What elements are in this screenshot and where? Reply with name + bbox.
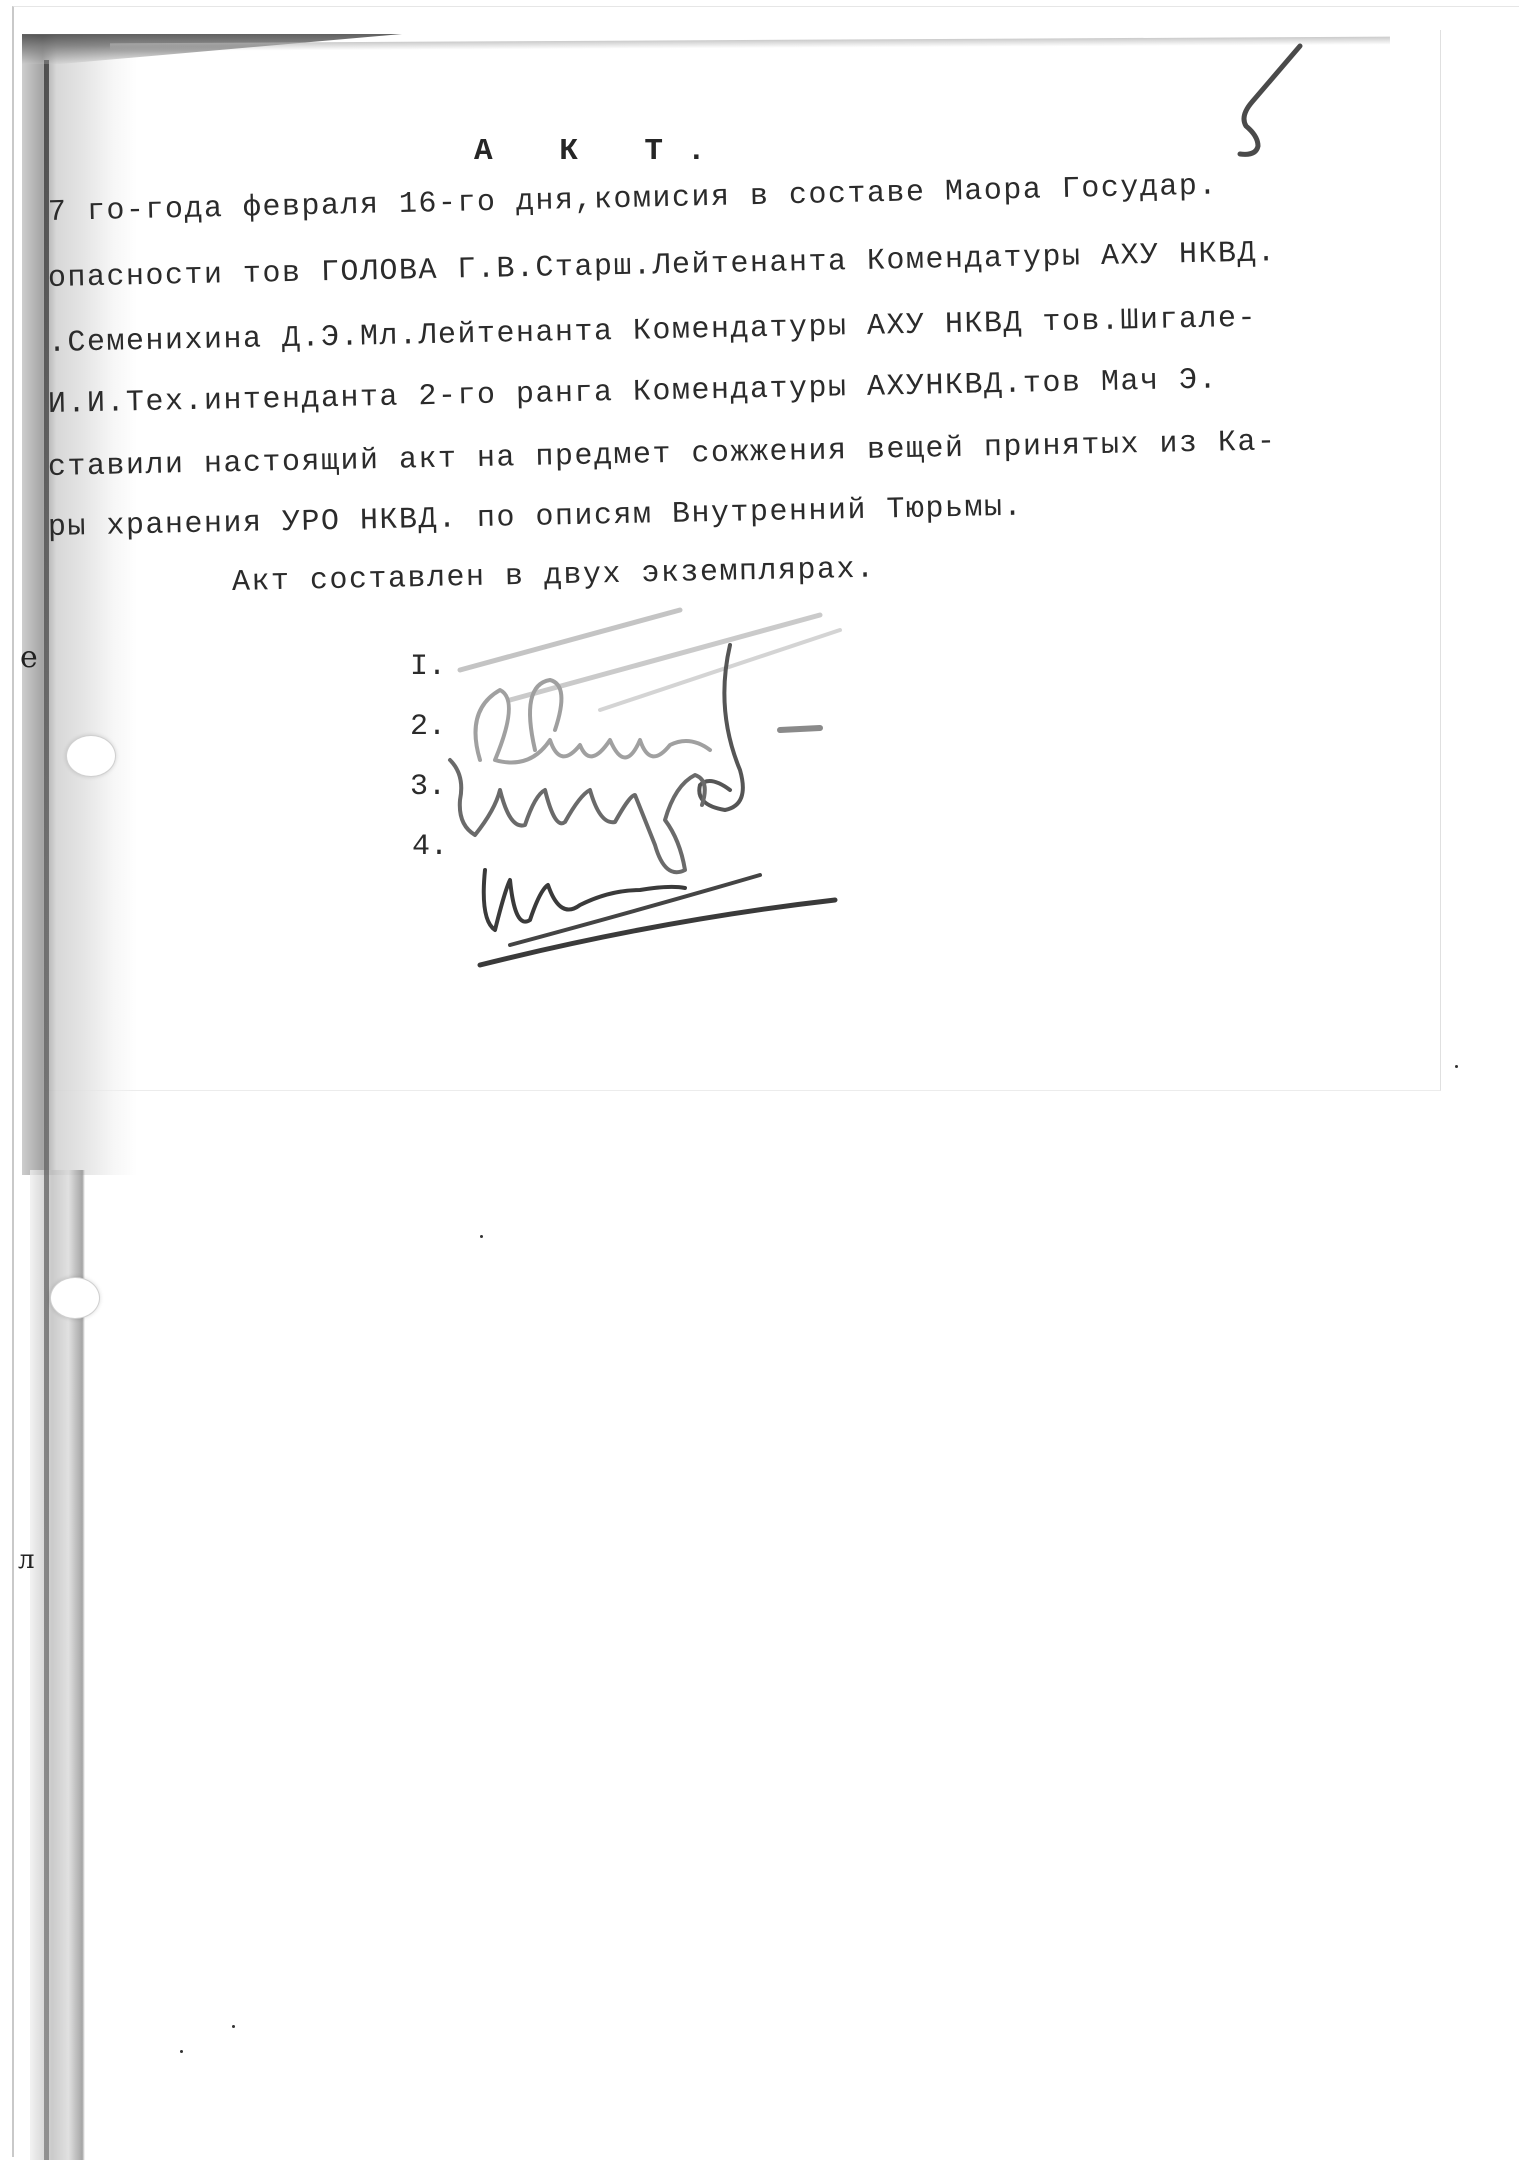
document-title: А К Т.	[474, 134, 730, 169]
signatures	[440, 590, 960, 970]
scan-speck	[232, 2025, 235, 2028]
margin-mark: е	[20, 640, 38, 675]
binding-line	[44, 60, 49, 2160]
scan-speck	[1455, 1065, 1458, 1068]
handwritten-page-number	[1228, 38, 1308, 158]
punch-hole	[50, 1277, 100, 1319]
punch-hole	[66, 735, 116, 777]
scan-speck	[180, 2050, 183, 2053]
scan-speck	[480, 1235, 483, 1238]
margin-mark: л	[18, 1545, 35, 1575]
